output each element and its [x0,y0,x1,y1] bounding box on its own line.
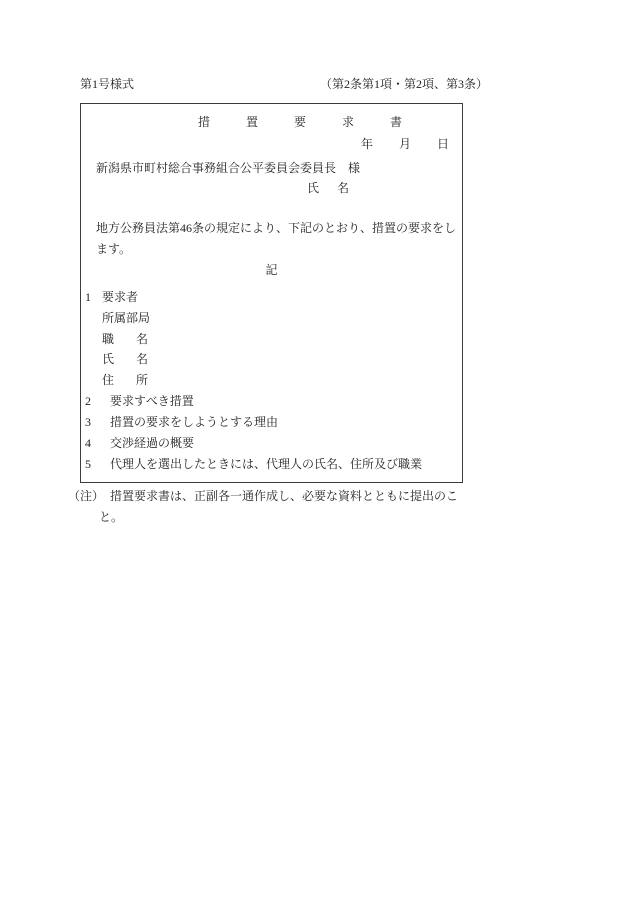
list-item-label: 措置の要求をしようとする理由 [110,416,278,428]
document-page: 第1号様式 （第2条第1項・第2項、第3条） 措置要求書 年 月 日 新潟県市町… [0,0,630,903]
list-item-label: 交渉経過の概要 [110,437,194,449]
list-item-label: 氏 名 [102,353,153,365]
document-title: 措置要求書 [198,116,438,128]
body-text-line2: ます。 [96,243,131,255]
list-item-number: 5 [85,458,91,470]
list-item-label: 代理人を選出したときには、代理人の氏名、住所及び職業 [110,458,422,470]
footnote-line1: （注） 措置要求書は、正副各一通作成し、必要な資料とともに提出のこ [68,490,458,502]
footnote-line2: と。 [99,511,123,523]
list-item-number: 2 [85,395,91,407]
list-item-label: 住 所 [102,374,153,386]
list-item-label: 要求すべき措置 [110,395,194,407]
record-marker: 記 [81,264,462,276]
list-item-label: 職 名 [102,333,153,345]
list-item-number: 1 [85,291,91,303]
list-item-number: 3 [85,416,91,428]
list-item-label: 要求者 [102,291,138,303]
list-item-number: 4 [85,437,91,449]
body-text-line1: 地方公務員法第46条の規定により、下記のとおり、措置の要求をし [96,222,456,234]
form-number-label: 第1号様式 [80,78,134,90]
addressee-line: 新潟県市町村総合事務組合公平委員会委員長 様 [96,162,360,174]
article-reference-label: （第2条第1項・第2項、第3条） [320,78,488,90]
list-item-label: 所属部局 [102,312,150,324]
form-border-box: 措置要求書 年 月 日 新潟県市町村総合事務組合公平委員会委員長 様 氏 名 地… [80,103,463,483]
sender-name-label: 氏 名 [307,182,352,194]
date-line: 年 月 日 [361,138,456,150]
